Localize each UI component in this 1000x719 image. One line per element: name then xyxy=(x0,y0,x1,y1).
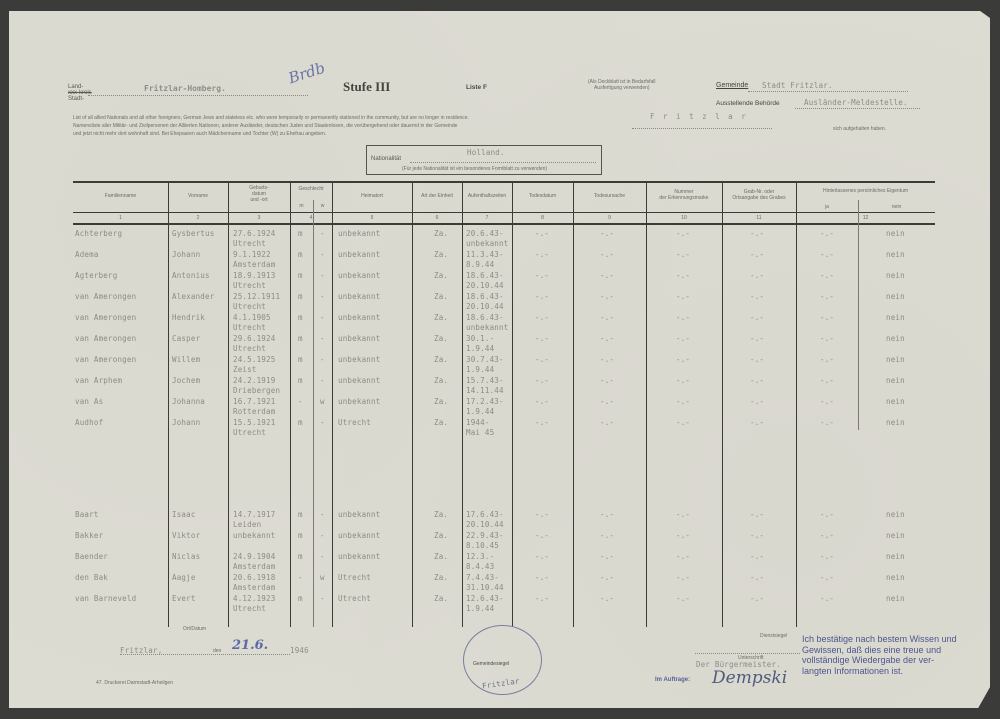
cell-first: Hendrik xyxy=(172,313,205,322)
col-header-familienname: Familienname xyxy=(73,193,168,199)
cell-first: Isaac xyxy=(172,510,196,519)
cell-w: - xyxy=(320,271,325,280)
col-divider xyxy=(646,181,647,627)
suffix-text: sich aufgehalten haben. xyxy=(833,126,886,132)
cell-first: Willem xyxy=(172,355,200,364)
cell-ja: -.- xyxy=(820,355,834,364)
col-header-geburt: Geburts- datum und -ort xyxy=(228,185,290,203)
cell-death_cause: -.- xyxy=(600,573,614,582)
cell-birth-1: Utrecht xyxy=(233,281,266,290)
col-num: 5 xyxy=(332,215,412,221)
cell-w: - xyxy=(320,313,325,322)
cell-name: den Bak xyxy=(75,573,108,582)
cell-death_date: -.- xyxy=(535,250,549,259)
cell-death_cause: -.- xyxy=(600,334,614,343)
cell-stay-1: unbekannt xyxy=(466,323,508,332)
place-line xyxy=(120,654,290,655)
cell-stay-1: 20.10.44 xyxy=(466,520,504,529)
cell-unit: Za. xyxy=(434,313,448,322)
cell-home: unbekannt xyxy=(338,397,380,406)
cell-birth-1: Rotterdam xyxy=(233,407,275,416)
cell-name: Baart xyxy=(75,510,99,519)
cell-death_cause: -.- xyxy=(600,397,614,406)
col-header-todesdatum: Todesdatum xyxy=(512,193,573,199)
cell-m: - xyxy=(298,397,303,406)
cell-tag: -.- xyxy=(676,292,690,301)
col-divider xyxy=(573,181,574,627)
cell-home: Utrecht xyxy=(338,418,371,427)
cell-first: Jochem xyxy=(172,376,200,385)
cell-grave: -.- xyxy=(750,397,764,406)
cell-first: Viktor xyxy=(172,531,200,540)
cell-birth-0: 24.5.1925 xyxy=(233,355,275,364)
intro-text: List of all allied Nationals and all oth… xyxy=(73,114,469,138)
cell-nein: nein xyxy=(886,573,905,582)
ort-value: F r i t z l a r xyxy=(650,112,748,121)
col-divider xyxy=(228,181,229,627)
cell-stay-0: 7.4.43- xyxy=(466,573,499,582)
cell-birth-0: 4.12.1923 xyxy=(233,594,275,603)
nationality-value: Holland. xyxy=(467,148,505,157)
cell-w: - xyxy=(320,552,325,561)
cell-m: m xyxy=(298,355,303,364)
cell-first: Johann xyxy=(172,418,200,427)
confirmation-line: vollständige Wiedergabe der ver- xyxy=(802,655,957,666)
cell-nein: nein xyxy=(886,334,905,343)
deckblatt-note: (Als Deckblatt ist in Bedarfsfall Ausfer… xyxy=(588,80,656,91)
cell-name: van Amerongen xyxy=(75,292,136,301)
cell-stay-0: 1944- xyxy=(466,418,490,427)
cell-stay-0: 18.6.43- xyxy=(466,313,504,322)
confirmation-line: Ich bestätige nach bestem Wissen und xyxy=(802,634,957,645)
cell-tag: -.- xyxy=(676,531,690,540)
cell-unit: Za. xyxy=(434,397,448,406)
behoerde-label: Ausstellende Behörde xyxy=(716,100,780,107)
cell-home: Utrecht xyxy=(338,594,371,603)
cell-death_cause: -.- xyxy=(600,376,614,385)
col-header-aufenthalt: Aufenthaltszeiten xyxy=(462,193,512,199)
cell-name: van Amerongen xyxy=(75,313,136,322)
confirmation-line: langten Informationen ist. xyxy=(802,666,957,677)
nationality-label: Nationalität xyxy=(371,156,401,162)
gemeinde-value: Stadt Fritzlar. xyxy=(762,81,833,90)
col-header-geschlecht: Geschlecht xyxy=(290,186,332,192)
cell-name: van As xyxy=(75,397,103,406)
cell-birth-1: Driebergen xyxy=(233,386,280,395)
cell-unit: Za. xyxy=(434,334,448,343)
cell-tag: -.- xyxy=(676,552,690,561)
cell-m: m xyxy=(298,376,303,385)
cell-w: - xyxy=(320,292,325,301)
signature-prefix: Im Auftrage: xyxy=(655,677,690,683)
cell-unit: Za. xyxy=(434,229,448,238)
cell-name: van Arphem xyxy=(75,376,122,385)
cell-death_cause: -.- xyxy=(600,594,614,603)
col-num: 4 xyxy=(290,215,332,221)
cell-unit: Za. xyxy=(434,594,448,603)
cell-grave: -.- xyxy=(750,418,764,427)
cell-m: m xyxy=(298,250,303,259)
cell-w: - xyxy=(320,334,325,343)
cell-stay-1: unbekannt xyxy=(466,239,508,248)
col-header-ja: ja xyxy=(796,204,858,210)
cell-birth-1: Amsterdam xyxy=(233,562,275,571)
behoerde-line xyxy=(795,108,920,109)
cell-grave: -.- xyxy=(750,292,764,301)
cell-name: Bakker xyxy=(75,531,103,540)
cell-m: m xyxy=(298,552,303,561)
cell-stay-0: 22.9.43- xyxy=(466,531,504,540)
cell-first: Niclas xyxy=(172,552,200,561)
cell-name: Achterberg xyxy=(75,229,122,238)
cell-tag: -.- xyxy=(676,313,690,322)
cell-stay-1: 8.10.45 xyxy=(466,541,499,550)
cell-ja: -.- xyxy=(820,573,834,582)
cell-death_date: -.- xyxy=(535,531,549,540)
cell-w: - xyxy=(320,418,325,427)
cell-stay-0: 17.6.43- xyxy=(466,510,504,519)
cell-tag: -.- xyxy=(676,229,690,238)
cell-tag: -.- xyxy=(676,573,690,582)
confirmation-text: Ich bestätige nach bestem Wissen und Gew… xyxy=(802,634,957,676)
cell-birth-1: Utrecht xyxy=(233,344,266,353)
cell-tag: -.- xyxy=(676,510,690,519)
cell-stay-0: 20.6.43- xyxy=(466,229,504,238)
col-divider xyxy=(412,181,413,627)
cell-grave: -.- xyxy=(750,250,764,259)
liste-label: Liste F xyxy=(466,84,487,91)
cell-tag: -.- xyxy=(676,594,690,603)
cell-death_date: -.- xyxy=(535,271,549,280)
cell-first: Gysbertus xyxy=(172,229,214,238)
cell-birth-1: Utrecht xyxy=(233,302,266,311)
den-label: den xyxy=(213,648,221,654)
cell-unit: Za. xyxy=(434,552,448,561)
col-num: 10 xyxy=(646,215,722,221)
col-num: 12 xyxy=(796,215,935,221)
cell-stay-1: 1.9.44 xyxy=(466,365,494,374)
cell-first: Johann xyxy=(172,250,200,259)
year-value: 1946 xyxy=(290,646,309,655)
cell-w: - xyxy=(320,355,325,364)
cell-nein: nein xyxy=(886,355,905,364)
cell-nein: nein xyxy=(886,418,905,427)
cell-first: Johanna xyxy=(172,397,205,406)
cell-tag: -.- xyxy=(676,418,690,427)
col-divider xyxy=(462,181,463,627)
cell-stay-0: 12.6.43- xyxy=(466,594,504,603)
col-header-einheit: Art der Einheit xyxy=(412,193,462,199)
cell-unit: Za. xyxy=(434,531,448,540)
cell-unit: Za. xyxy=(434,376,448,385)
cell-birth-0: 14.7.1917 xyxy=(233,510,275,519)
signature-line xyxy=(695,653,800,654)
cell-m: m xyxy=(298,334,303,343)
cell-birth-0: 25.12.1911 xyxy=(233,292,280,301)
cell-birth-0: 15.5.1921 xyxy=(233,418,275,427)
cell-death_cause: -.- xyxy=(600,292,614,301)
cell-birth-0: 29.6.1924 xyxy=(233,334,275,343)
cell-birth-0: 18.9.1913 xyxy=(233,271,275,280)
cell-home: unbekannt xyxy=(338,271,380,280)
col-header-vorname: Vorname xyxy=(168,193,228,199)
col-header-heimatort: Heimatort xyxy=(332,193,412,199)
col-divider xyxy=(290,181,291,627)
cell-death_date: -.- xyxy=(535,418,549,427)
cell-first: Antonius xyxy=(172,271,210,280)
cell-m: - xyxy=(298,573,303,582)
signature: Dempski xyxy=(712,668,787,688)
deckblatt-note-line: Ausfertigung verwenden) xyxy=(588,86,656,92)
cell-grave: -.- xyxy=(750,573,764,582)
cell-grave: -.- xyxy=(750,229,764,238)
table-top-border xyxy=(73,181,935,183)
cell-stay-0: 18.6.43- xyxy=(466,271,504,280)
cell-m: m xyxy=(298,531,303,540)
col-num: 6 xyxy=(412,215,462,221)
cell-unit: Za. xyxy=(434,292,448,301)
cell-w: - xyxy=(320,510,325,519)
cell-ja: -.- xyxy=(820,292,834,301)
cell-w: - xyxy=(320,531,325,540)
cell-first: Alexander xyxy=(172,292,214,301)
cell-death_date: -.- xyxy=(535,355,549,364)
table-header-divider xyxy=(73,212,935,213)
cell-unit: Za. xyxy=(434,418,448,427)
cell-nein: nein xyxy=(886,510,905,519)
cell-ja: -.- xyxy=(820,313,834,322)
cell-birth-0: unbekannt xyxy=(233,531,275,540)
cell-nein: nein xyxy=(886,397,905,406)
intro-line: Namensliste aller Militär- und Zivilpers… xyxy=(73,122,469,130)
ort-line xyxy=(632,128,772,129)
cell-nein: nein xyxy=(886,229,905,238)
cell-home: unbekannt xyxy=(338,531,380,540)
cell-w: w xyxy=(320,573,325,582)
col-num: 3 xyxy=(228,215,290,221)
cell-stay-0: 11.3.43- xyxy=(466,250,504,259)
cell-nein: nein xyxy=(886,376,905,385)
cell-home: unbekannt xyxy=(338,376,380,385)
cell-death_cause: -.- xyxy=(600,271,614,280)
cell-m: m xyxy=(298,271,303,280)
col-num: 1 xyxy=(73,215,168,221)
kreis-line xyxy=(88,95,308,96)
cell-first: Evert xyxy=(172,594,196,603)
col-divider xyxy=(168,181,169,627)
cell-birth-0: 24.2.1919 xyxy=(233,376,275,385)
cell-stay-1: 14.11.44 xyxy=(466,386,504,395)
col-num: 7 xyxy=(462,215,512,221)
col-header-nein: nein xyxy=(858,204,935,210)
cell-ja: -.- xyxy=(820,250,834,259)
cell-stay-1: Mai 45 xyxy=(466,428,494,437)
cell-name: Audhof xyxy=(75,418,103,427)
cell-nein: nein xyxy=(886,531,905,540)
cell-grave: -.- xyxy=(750,531,764,540)
cell-w: - xyxy=(320,376,325,385)
cell-name: van Amerongen xyxy=(75,334,136,343)
cell-death_date: -.- xyxy=(535,573,549,582)
handwritten-date: 21.6. xyxy=(232,638,268,653)
cell-tag: -.- xyxy=(676,250,690,259)
cell-ja: -.- xyxy=(820,418,834,427)
cell-ja: -.- xyxy=(820,531,834,540)
cell-grave: -.- xyxy=(750,334,764,343)
cell-nein: nein xyxy=(886,552,905,561)
col-divider xyxy=(332,181,333,627)
cell-stay-0: 17.2.43- xyxy=(466,397,504,406)
cell-m: m xyxy=(298,292,303,301)
cell-death_date: -.- xyxy=(535,397,549,406)
cell-grave: -.- xyxy=(750,510,764,519)
cell-w: - xyxy=(320,229,325,238)
col-header-todesursache: Todesursache xyxy=(573,193,646,199)
cell-stay-1: 8.9.44 xyxy=(466,260,494,269)
cell-unit: Za. xyxy=(434,271,448,280)
col-header-grab: Grab-Nr. oder Ortsangabe des Grabes xyxy=(722,189,796,201)
nationality-note: (Für jede Nationalität ist ein besondere… xyxy=(402,166,547,172)
cell-name: Baender xyxy=(75,552,108,561)
cell-stay-1: 20.10.44 xyxy=(466,302,504,311)
cell-w: - xyxy=(320,250,325,259)
cell-first: Casper xyxy=(172,334,200,343)
col-divider-sub xyxy=(313,200,314,627)
place-label: Ort/Datum xyxy=(183,626,206,632)
cell-name: Adema xyxy=(75,250,99,259)
col-num: 9 xyxy=(573,215,646,221)
cell-birth-0: 24.9.1904 xyxy=(233,552,275,561)
intro-line: und jetzt nicht mehr dort wohnhaft sind.… xyxy=(73,130,469,138)
col-header-m: m xyxy=(290,203,313,209)
confirmation-line: Gewissen, daß dies eine treue und xyxy=(802,645,957,656)
gemeinde-label: Gemeinde xyxy=(716,82,748,89)
gemeinde-line xyxy=(748,91,908,92)
cell-tag: -.- xyxy=(676,355,690,364)
cell-death_cause: -.- xyxy=(600,552,614,561)
cell-death_cause: -.- xyxy=(600,418,614,427)
cell-death_cause: -.- xyxy=(600,313,614,322)
cell-home: unbekannt xyxy=(338,355,380,364)
cell-nein: nein xyxy=(886,594,905,603)
cell-birth-0: 20.6.1918 xyxy=(233,573,275,582)
cell-birth-0: 4.1.1905 xyxy=(233,313,271,322)
kreis-label-line: Stadt- xyxy=(68,96,92,102)
cell-m: m xyxy=(298,510,303,519)
cell-nein: nein xyxy=(886,292,905,301)
cell-w: w xyxy=(320,397,325,406)
cell-ja: -.- xyxy=(820,510,834,519)
col-divider xyxy=(796,181,797,627)
cell-m: m xyxy=(298,229,303,238)
cell-death_date: -.- xyxy=(535,334,549,343)
seal-label: Dienstsiegel xyxy=(760,633,787,639)
stufe-title: Stufe III xyxy=(343,79,390,95)
cell-stay-0: 12.3.- xyxy=(466,552,494,561)
table-header-bottom xyxy=(73,223,935,225)
cell-death_cause: -.- xyxy=(600,229,614,238)
cell-death_date: -.- xyxy=(535,510,549,519)
cell-nein: nein xyxy=(886,271,905,280)
cell-w: - xyxy=(320,594,325,603)
cell-home: unbekannt xyxy=(338,510,380,519)
cell-death_date: -.- xyxy=(535,594,549,603)
cell-stay-0: 30.1.- xyxy=(466,334,494,343)
cell-death_date: -.- xyxy=(535,552,549,561)
cell-birth-0: 9.1.1922 xyxy=(233,250,271,259)
col-header-erkennungsmarke: Nummer der Erkennungsmarke xyxy=(646,189,722,201)
cell-nein: nein xyxy=(886,313,905,322)
cell-tag: -.- xyxy=(676,397,690,406)
cell-ja: -.- xyxy=(820,271,834,280)
intro-line: List of all allied Nationals and all oth… xyxy=(73,114,469,122)
col-header-w: w xyxy=(313,203,332,209)
col-num: 11 xyxy=(722,215,796,221)
cell-grave: -.- xyxy=(750,271,764,280)
cell-grave: -.- xyxy=(750,355,764,364)
cell-home: unbekannt xyxy=(338,552,380,561)
cell-stay-1: 8.4.43 xyxy=(466,562,494,571)
cell-ja: -.- xyxy=(820,376,834,385)
cell-birth-1: Zeist xyxy=(233,365,257,374)
col-divider xyxy=(722,181,723,627)
cell-stay-0: 15.7.43- xyxy=(466,376,504,385)
cell-home: unbekannt xyxy=(338,334,380,343)
printer-note: 47. Druckerei Darmstadt-Arheilgen xyxy=(96,680,173,686)
cell-stay-1: 1.9.44 xyxy=(466,604,494,613)
cell-birth-0: 16.7.1921 xyxy=(233,397,275,406)
cell-unit: Za. xyxy=(434,250,448,259)
stamp-label: Gemeindesiegel xyxy=(473,661,509,667)
cell-death_cause: -.- xyxy=(600,531,614,540)
cell-home: unbekannt xyxy=(338,229,380,238)
cell-stay-0: 18.6.43- xyxy=(466,292,504,301)
cell-stay-0: 30.7.43- xyxy=(466,355,504,364)
col-divider-sub xyxy=(858,200,859,430)
cell-death_date: -.- xyxy=(535,229,549,238)
cell-tag: -.- xyxy=(676,271,690,280)
cell-m: m xyxy=(298,594,303,603)
cell-ja: -.- xyxy=(820,334,834,343)
cell-grave: -.- xyxy=(750,594,764,603)
cell-name: van Barneveld xyxy=(75,594,136,603)
cell-home: unbekannt xyxy=(338,313,380,322)
cell-home: Utrecht xyxy=(338,573,371,582)
cell-unit: Za. xyxy=(434,573,448,582)
cell-death_date: -.- xyxy=(535,313,549,322)
cell-birth-1: Utrecht xyxy=(233,239,266,248)
cell-stay-1: 1.9.44 xyxy=(466,407,494,416)
cell-first: Aagje xyxy=(172,573,196,582)
col-num: 8 xyxy=(512,215,573,221)
cell-ja: -.- xyxy=(820,552,834,561)
cell-name: Agterberg xyxy=(75,271,117,280)
cell-ja: -.- xyxy=(820,594,834,603)
nationality-line xyxy=(410,162,596,163)
kreis-value: Fritzlar-Homberg. xyxy=(144,84,226,93)
kreis-label: Land- xxx-kreis Stadt- xyxy=(68,84,92,102)
cell-stay-1: 20.10.44 xyxy=(466,281,504,290)
behoerde-value: Ausländer-Meldestelle. xyxy=(804,98,908,107)
cell-grave: -.- xyxy=(750,376,764,385)
cell-death_date: -.- xyxy=(535,292,549,301)
cell-birth-1: Amsterdam xyxy=(233,583,275,592)
cell-nein: nein xyxy=(886,250,905,259)
cell-death_cause: -.- xyxy=(600,355,614,364)
cell-tag: -.- xyxy=(676,334,690,343)
cell-birth-1: Leiden xyxy=(233,520,261,529)
col-divider xyxy=(512,181,513,627)
